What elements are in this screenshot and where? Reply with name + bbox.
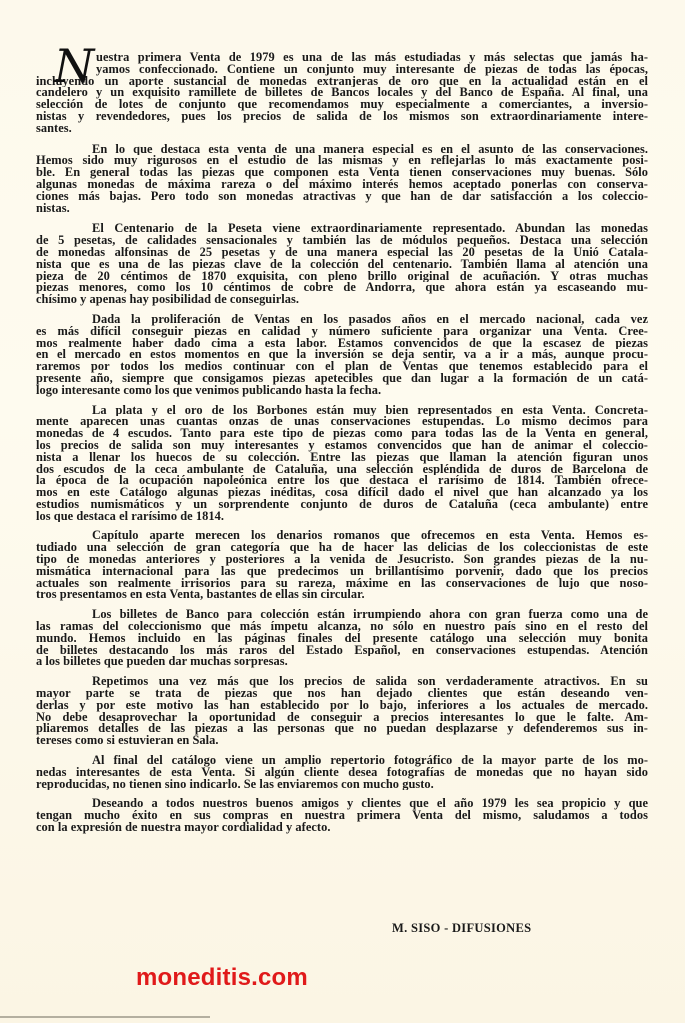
text-line: monedas de 4 escudos. Tanto para este ti…: [36, 428, 648, 440]
text-line: Los billetes de Banco para colección est…: [36, 609, 648, 621]
text-line: Al final del catálogo viene un amplio re…: [36, 755, 648, 767]
text-line: selección de lotes de conjunto que recom…: [36, 99, 648, 111]
text-line: tros presentamos en esta Venta, bastante…: [36, 589, 648, 601]
text-line: es más difícil conseguir piezas en calid…: [36, 326, 648, 338]
text-line: nista a llenar los huecos de su colecció…: [36, 452, 648, 464]
text-line: logo interesante como los que venimos pu…: [36, 385, 648, 397]
paragraph: Capítulo aparte merecen los denarios rom…: [36, 530, 648, 601]
text-line: algunas monedas de máxima rareza o del m…: [36, 179, 648, 191]
text-line: los precios de salida son muy interesant…: [36, 440, 648, 452]
text-line: chísimo y apenas hay posibilidad de cons…: [36, 294, 648, 306]
paragraph: Los billetes de Banco para colección est…: [36, 609, 648, 668]
text-line: de monedas alfonsinas de 25 pesetas y de…: [36, 247, 648, 259]
text-line: mos en este Catálogo algunas piezas inéd…: [36, 487, 648, 499]
text-line: nistas.: [36, 203, 648, 215]
text-line: pieza de 20 céntimos de 1870 exquisita, …: [36, 271, 648, 283]
text-line: Repetimos una vez más que los precios de…: [36, 676, 648, 688]
text-line: mayor parte se trata de piezas que nos h…: [36, 688, 648, 700]
text-line: nista que es una de las piezas clave de …: [36, 259, 648, 271]
text-line: de billetes destacando los más raros del…: [36, 645, 648, 657]
page-edge-shadow: [0, 1016, 210, 1018]
paragraph: Dada la proliferación de Ventas en los p…: [36, 314, 648, 397]
text-line: El Centenario de la Peseta viene extraor…: [36, 223, 648, 235]
text-line: Deseando a todos nuestros buenos amigos …: [36, 798, 648, 810]
text-line: pliaremos detalles de las piezas a las p…: [36, 723, 648, 735]
paragraph: uestra primera Venta de 1979 es una de l…: [36, 52, 648, 135]
text-line: La plata y el oro de los Borbones están …: [36, 405, 648, 417]
paragraph: Deseando a todos nuestros buenos amigos …: [36, 798, 648, 833]
paragraph: En lo que destaca esta venta de una mane…: [36, 144, 648, 215]
text-line: Dada la proliferación de Ventas en los p…: [36, 314, 648, 326]
text-line: mente aparecen unas cuantas onzas de una…: [36, 416, 648, 428]
text-line: incluyendo un aporte sustancial de moned…: [36, 76, 648, 88]
paragraph: Al final del catálogo viene un amplio re…: [36, 755, 648, 790]
text-line: tereses como si estuvieran en Sala.: [36, 735, 648, 747]
paragraph: La plata y el oro de los Borbones están …: [36, 405, 648, 523]
text-line: uestra primera Venta de 1979 es una de l…: [36, 52, 648, 64]
watermark-link[interactable]: moneditis.com: [136, 964, 308, 992]
text-line: ciones más bajas. Pero todo son monedas …: [36, 191, 648, 203]
text-line: de 5 pesetas, de calidades sensacionales…: [36, 235, 648, 247]
text-line: tipo de monedas anteriores y posteriores…: [36, 554, 648, 566]
text-line: presente año, siempre que consigamos pie…: [36, 373, 648, 385]
text-line: Capítulo aparte merecen los denarios rom…: [36, 530, 648, 542]
text-line: piezas menores, como los 10 céntimos de …: [36, 282, 648, 294]
text-line: derlas y por este motivo las han estable…: [36, 700, 648, 712]
text-line: raremos por todos los medios continuar c…: [36, 361, 648, 373]
text-line: nistas y revendedores, pues los precios …: [36, 111, 648, 123]
text-line: No debe desaprovechar la oportunidad de …: [36, 712, 648, 724]
paragraph: Repetimos una vez más que los precios de…: [36, 676, 648, 747]
text-line: tudiado una selección de gran categoría …: [36, 542, 648, 554]
text-line: en el mercado en estos momentos en que l…: [36, 349, 648, 361]
text-line: la época de la ocupación napoleónica ent…: [36, 475, 648, 487]
text-line: yamos confeccionado. Contiene un conjunt…: [36, 64, 648, 76]
text-line: mos realmente haber dado cima a esta lab…: [36, 338, 648, 350]
text-line: En lo que destaca esta venta de una mane…: [36, 144, 648, 156]
text-line: estudios numismáticos y un sorprendente …: [36, 499, 648, 511]
text-line: ble. En general todas las piezas que com…: [36, 167, 648, 179]
text-line: dos escudos de la ceca ambulante de Cata…: [36, 464, 648, 476]
signature: M. SISO - DIFUSIONES: [392, 921, 531, 936]
text-line: candelero y un exquisito ramillete de bi…: [36, 87, 648, 99]
text-line: actuales son realmente irrisorios para s…: [36, 578, 648, 590]
text-line: reproducidas, no tienen sino indicarlo. …: [36, 779, 648, 791]
text-line: mismática internacional para las que pre…: [36, 566, 648, 578]
document-page: N uestra primera Venta de 1979 es una de…: [36, 52, 648, 842]
paragraph: El Centenario de la Peseta viene extraor…: [36, 223, 648, 306]
drop-cap: N: [54, 46, 94, 86]
text-line: con la expresión de nuestra mayor cordia…: [36, 822, 648, 834]
text-line: las ramas del coleccionismo que más ímpe…: [36, 621, 648, 633]
text-line: los que destaca el rarísimo de 1814.: [36, 511, 648, 523]
text-line: santes.: [36, 123, 648, 135]
text-line: mundo. Hemos incluido en las páginas fin…: [36, 633, 648, 645]
text-line: tengan mucho éxito en sus compras en nue…: [36, 810, 648, 822]
text-line: a los billetes que pueden dar muchas sor…: [36, 656, 648, 668]
text-line: nedas interesantes de esta Venta. Si alg…: [36, 767, 648, 779]
text-line: Hemos sido muy rigurosos en el estudio d…: [36, 155, 648, 167]
body-text: uestra primera Venta de 1979 es una de l…: [36, 52, 648, 834]
